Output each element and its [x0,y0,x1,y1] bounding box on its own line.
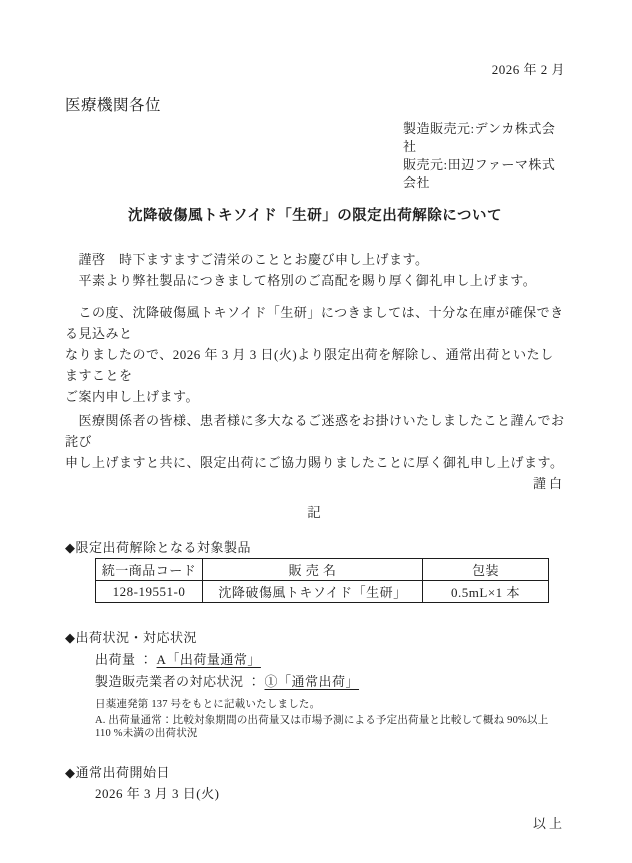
manufacturer-response-label: 製造販売業者の対応状況 ： [95,674,265,689]
products-section: ◆限定出荷解除となる対象製品 統一商品コード 販 売 名 包装 128-1955… [65,539,565,603]
cell-sales-name: 沈降破傷風トキソイド「生研」 [203,581,423,603]
status-section: ◆出荷状況・対応状況 出荷量 ： A「出荷量通常」 製造販売業者の対応状況 ： … [65,629,565,740]
manufacturer-response-value: ①「通常出荷」 [265,674,360,689]
reference-note: 日薬連発第 137 号をもとに記載いたしました。 [95,698,565,711]
column-header-sales-name: 販 売 名 [203,559,423,581]
document-date: 2026 年 2 月 [65,62,565,77]
shipment-volume-label: 出荷量 ： [95,652,157,667]
apology-paragraph: 医療関係者の皆様、患者様に多大なるご迷惑をお掛けいたしましたこと謹んでお詫び 申… [65,410,565,473]
recipient: 医療機関各位 [65,97,565,115]
manufacturer-response-line: 製造販売業者の対応状況 ： ①「通常出荷」 [95,672,565,691]
table-row: 128-19551-0 沈降破傷風トキソイド「生研」 0.5mL×1 本 [96,581,549,603]
end-mark: 以上 [65,815,565,833]
manufacturer-line: 製造販売元:デンカ株式会社 [403,120,565,156]
distributor-line: 販売元:田辺ファーマ株式会社 [403,156,565,192]
closing-word: 謹白 [65,473,565,494]
sender-block: 製造販売元:デンカ株式会社 販売元:田辺ファーマ株式会社 [403,120,565,192]
column-header-package: 包装 [423,559,549,581]
notice-body-marker: 記 [65,502,565,523]
document-title: 沈降破傷風トキソイド「生研」の限定出荷解除について [65,207,565,225]
start-date-section: ◆通常出荷開始日 2026 年 3 月 3 日(火) [65,764,565,803]
greeting-paragraph: 謹啓 時下ますますご清栄のこととお慶び申し上げます。 平素より弊社製品につきまし… [65,249,565,291]
cell-package: 0.5mL×1 本 [423,581,549,603]
announcement-paragraph: この度、沈降破傷風トキソイド「生研」につきましては、十分な在庫が確保できる見込み… [65,302,565,407]
start-date-section-heading: ◆通常出荷開始日 [65,764,565,782]
document-page: 2026 年 2 月 医療機関各位 製造販売元:デンカ株式会社 販売元:田辺ファ… [0,0,632,863]
table-header-row: 統一商品コード 販 売 名 包装 [96,559,549,581]
shipment-volume-line: 出荷量 ： A「出荷量通常」 [95,650,565,669]
column-header-product-code: 統一商品コード [96,559,203,581]
start-date-value: 2026 年 3 月 3 日(火) [95,784,565,803]
shipment-volume-value: A「出荷量通常」 [157,652,261,667]
products-table: 統一商品コード 販 売 名 包装 128-19551-0 沈降破傷風トキソイド「… [95,558,549,603]
definition-note: A. 出荷量通常：比較対象期間の出荷量又は市場予測による予定出荷量と比較して概ね… [95,714,565,740]
products-section-heading: ◆限定出荷解除となる対象製品 [65,539,565,557]
status-section-heading: ◆出荷状況・対応状況 [65,629,565,647]
cell-product-code: 128-19551-0 [96,581,203,603]
